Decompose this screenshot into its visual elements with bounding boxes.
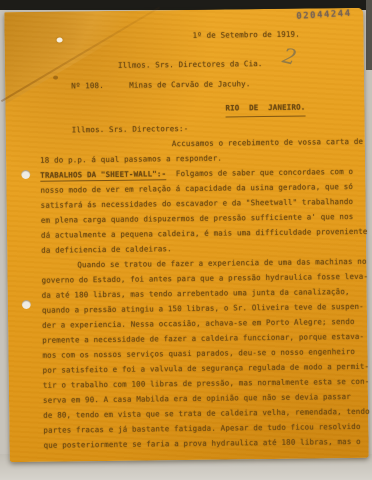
addressee-line-1: Illmos. Srs. Directores da Cia. xyxy=(118,56,263,73)
letter-page: 02044244 1º de Setembro de 1919. Illmos.… xyxy=(4,8,368,462)
pencil-annotation: 2 xyxy=(280,44,299,70)
addressee-city: RIO DE JANEIRO. xyxy=(225,100,305,118)
letter-body: TRABALHOS DA "SHEET-WALL":- Folgamos de … xyxy=(40,164,367,453)
letter-ref-number: Nº 108. xyxy=(71,78,104,93)
addressee-line-2: Minas de Carvão de Jacuhy. xyxy=(129,76,250,92)
punch-hole-top xyxy=(21,170,30,179)
salutation: Illmos. Srs. Directores:- xyxy=(72,121,189,137)
paper-chip-speck xyxy=(57,37,63,42)
typed-line: que posteriormente se faria a prova hydr… xyxy=(43,434,367,453)
paragraph1-first-line: Folgamos de saber que concordaes com o xyxy=(176,167,353,178)
scanner-background-right xyxy=(366,0,372,70)
intro-paragraph: Accusamos o recebimento de vossa carta d… xyxy=(40,134,362,168)
punch-hole-bottom xyxy=(22,300,31,309)
date-line: 1º de Setembro de 1919. xyxy=(192,27,299,43)
ink-smudge xyxy=(53,76,58,80)
paragraph-2: Quando se tratou de fazer a experiencia … xyxy=(41,254,367,453)
archive-number-stamp: 02044244 xyxy=(296,9,352,22)
paragraph-1: nosso modo de ver em relação á capacidad… xyxy=(40,179,365,258)
section-heading: TRABALHOS DA "SHEET-WALL":- xyxy=(40,169,166,181)
